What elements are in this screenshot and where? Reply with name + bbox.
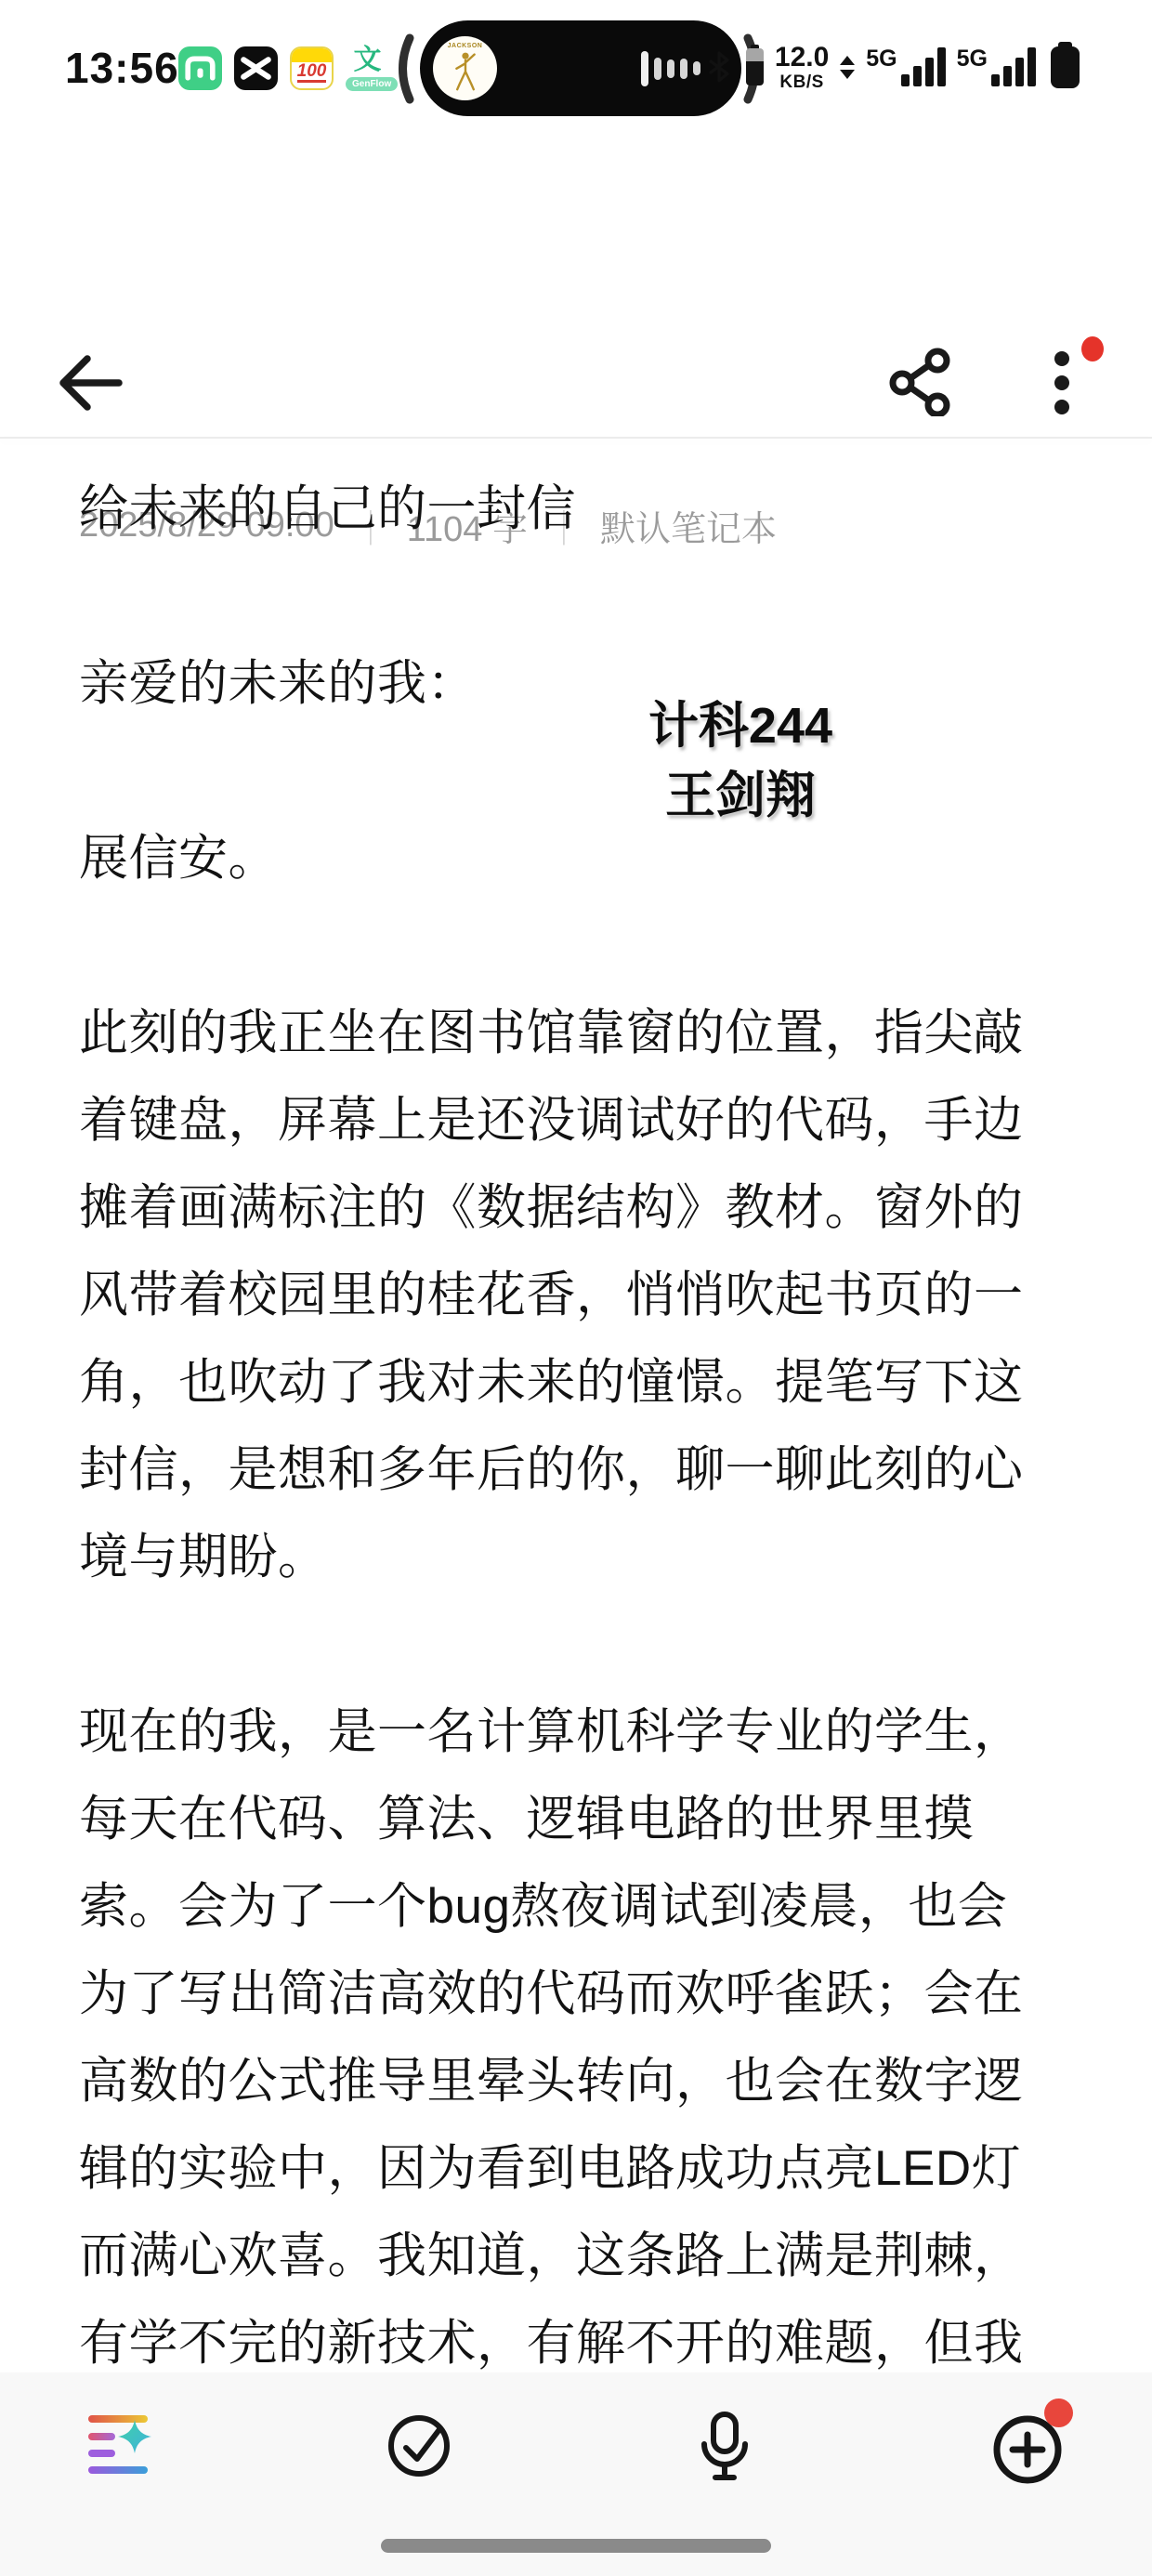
- data-updown-arrows-icon: [840, 56, 855, 79]
- mi-shield-icon: [178, 46, 222, 90]
- genflow-translate-notification-icon: 文 GenFlow: [346, 46, 389, 90]
- more-options-button[interactable]: [1048, 347, 1076, 421]
- note-line: 着键盘，屏幕上是还没调试好的代码，手边: [79, 1077, 1073, 1164]
- header-content-divider: [0, 437, 1152, 439]
- dot: [1054, 400, 1069, 414]
- notification-badge: [1081, 336, 1104, 361]
- note-line: 封信，是想和多年后的你，聊一聊此刻的心: [79, 1426, 1073, 1514]
- signal-sim1-icon: 5G: [866, 47, 945, 86]
- note-line: 索。会为了一个bug熬夜调试到凌晨，也会: [79, 1863, 1073, 1951]
- score-yellow-band: [292, 48, 332, 62]
- status-bar: 13:56 100 文 GenFlow: [0, 0, 1152, 138]
- notification-icons: 100 文 GenFlow: [178, 46, 389, 90]
- note-line: 辑的实验中，因为看到电路成功点亮LED灯: [79, 2125, 1073, 2213]
- home-gesture-bar[interactable]: [381, 2539, 771, 2553]
- bluetooth-battery-icon: [746, 48, 764, 85]
- check-circle-icon: [386, 2412, 452, 2479]
- dot: [1054, 351, 1069, 366]
- ai-writing-button[interactable]: [88, 2411, 150, 2476]
- share-icon: [887, 348, 956, 416]
- camera-decal-text: JACKSON: [448, 43, 483, 49]
- notes-app-screen: 13:56 100 文 GenFlow: [0, 0, 1152, 2576]
- dancing-figure-icon: [450, 49, 481, 94]
- network-speed: 12.0 KB/S: [775, 44, 829, 91]
- score-100-notification-icon: 100: [290, 46, 334, 90]
- note-line: 亲爱的未来的我：: [79, 640, 1073, 728]
- gradient-bar: [88, 2433, 115, 2440]
- note-line: 现在的我，是一名计算机科学专业的学生，: [79, 1689, 1073, 1776]
- dot: [1054, 375, 1069, 390]
- back-button[interactable]: [54, 346, 128, 420]
- note-line: 境与期盼。: [79, 1514, 1073, 1601]
- note-line: [79, 902, 1073, 990]
- signal-sim2-icon: 5G: [957, 47, 1036, 86]
- speed-unit: KB/S: [775, 73, 829, 91]
- note-line: [79, 1601, 1073, 1689]
- camera-cutout-pill: JACKSON: [420, 20, 741, 116]
- note-line: 角，也吹动了我对未来的憧憬。提笔写下这: [79, 1339, 1073, 1426]
- back-arrow-icon: [54, 346, 128, 420]
- sim1-5g-label: 5G: [866, 47, 897, 71]
- camera-lens-decal: JACKSON: [433, 36, 497, 100]
- capcut-logo-icon: [234, 46, 278, 90]
- todo-check-button[interactable]: [386, 2412, 452, 2479]
- score-100-label: 100: [297, 62, 327, 83]
- bluetooth-icon: [703, 46, 735, 88]
- note-line: 摊着画满标注的《数据结构》教材。窗外的: [79, 1164, 1073, 1252]
- note-line: 给未来的自己的一封信: [79, 466, 1073, 553]
- gradient-bar: [88, 2450, 115, 2457]
- note-line: [79, 553, 1073, 640]
- capcut-notification-icon: [234, 46, 278, 90]
- genflow-pill-label: GenFlow: [346, 77, 398, 91]
- sparkle-icon: [118, 2420, 151, 2453]
- voice-input-button[interactable]: [697, 2411, 753, 2485]
- wen-character: 文: [346, 46, 389, 74]
- note-line: [79, 728, 1073, 815]
- note-line: 风带着校园里的桂花香，悄悄吹起书页的一: [79, 1252, 1073, 1339]
- note-line: 而满心欢喜。我知道，这条路上满是荆棘，: [79, 2213, 1073, 2300]
- note-line: 此刻的我正坐在图书馆靠窗的位置，指尖敲: [79, 990, 1073, 1077]
- mi-home-notification-icon: [178, 46, 222, 90]
- gradient-bar: [88, 2466, 148, 2474]
- watermark-overlay: 计科244 王剑翔: [592, 691, 889, 831]
- phone-battery-icon: [1051, 46, 1080, 88]
- system-status-cluster: 12.0 KB/S 5G 5G: [703, 39, 1080, 95]
- note-line: 展信安。: [79, 815, 1073, 902]
- watermark-class: 计科244: [592, 691, 889, 761]
- note-line: 高数的公式推导里晕头转向，也会在数字逻: [79, 2038, 1073, 2125]
- microphone-icon: [697, 2411, 753, 2485]
- share-button[interactable]: [887, 348, 956, 416]
- note-editor-text[interactable]: 给未来的自己的一封信 亲爱的未来的我： 展信安。 此刻的我正坐在图书馆靠窗的位置…: [79, 466, 1073, 2387]
- note-line: 每天在代码、算法、逻辑电路的世界里摸: [79, 1776, 1073, 1863]
- left-paren-decoration: [392, 33, 414, 104]
- add-button-badge: [1044, 2399, 1073, 2427]
- clock: 13:56: [65, 43, 179, 93]
- speed-value: 12.0: [775, 44, 829, 72]
- note-top-nav: 2025/8/29 09:00 ｜ 1104 字 ｜ 默认笔记本: [0, 138, 1152, 323]
- note-line: 为了写出简洁高效的代码而欢呼雀跃；会在: [79, 1951, 1073, 2038]
- voice-waveform-icon: [641, 20, 700, 116]
- sim2-5g-label: 5G: [957, 47, 988, 71]
- watermark-name: 王剑翔: [592, 761, 889, 831]
